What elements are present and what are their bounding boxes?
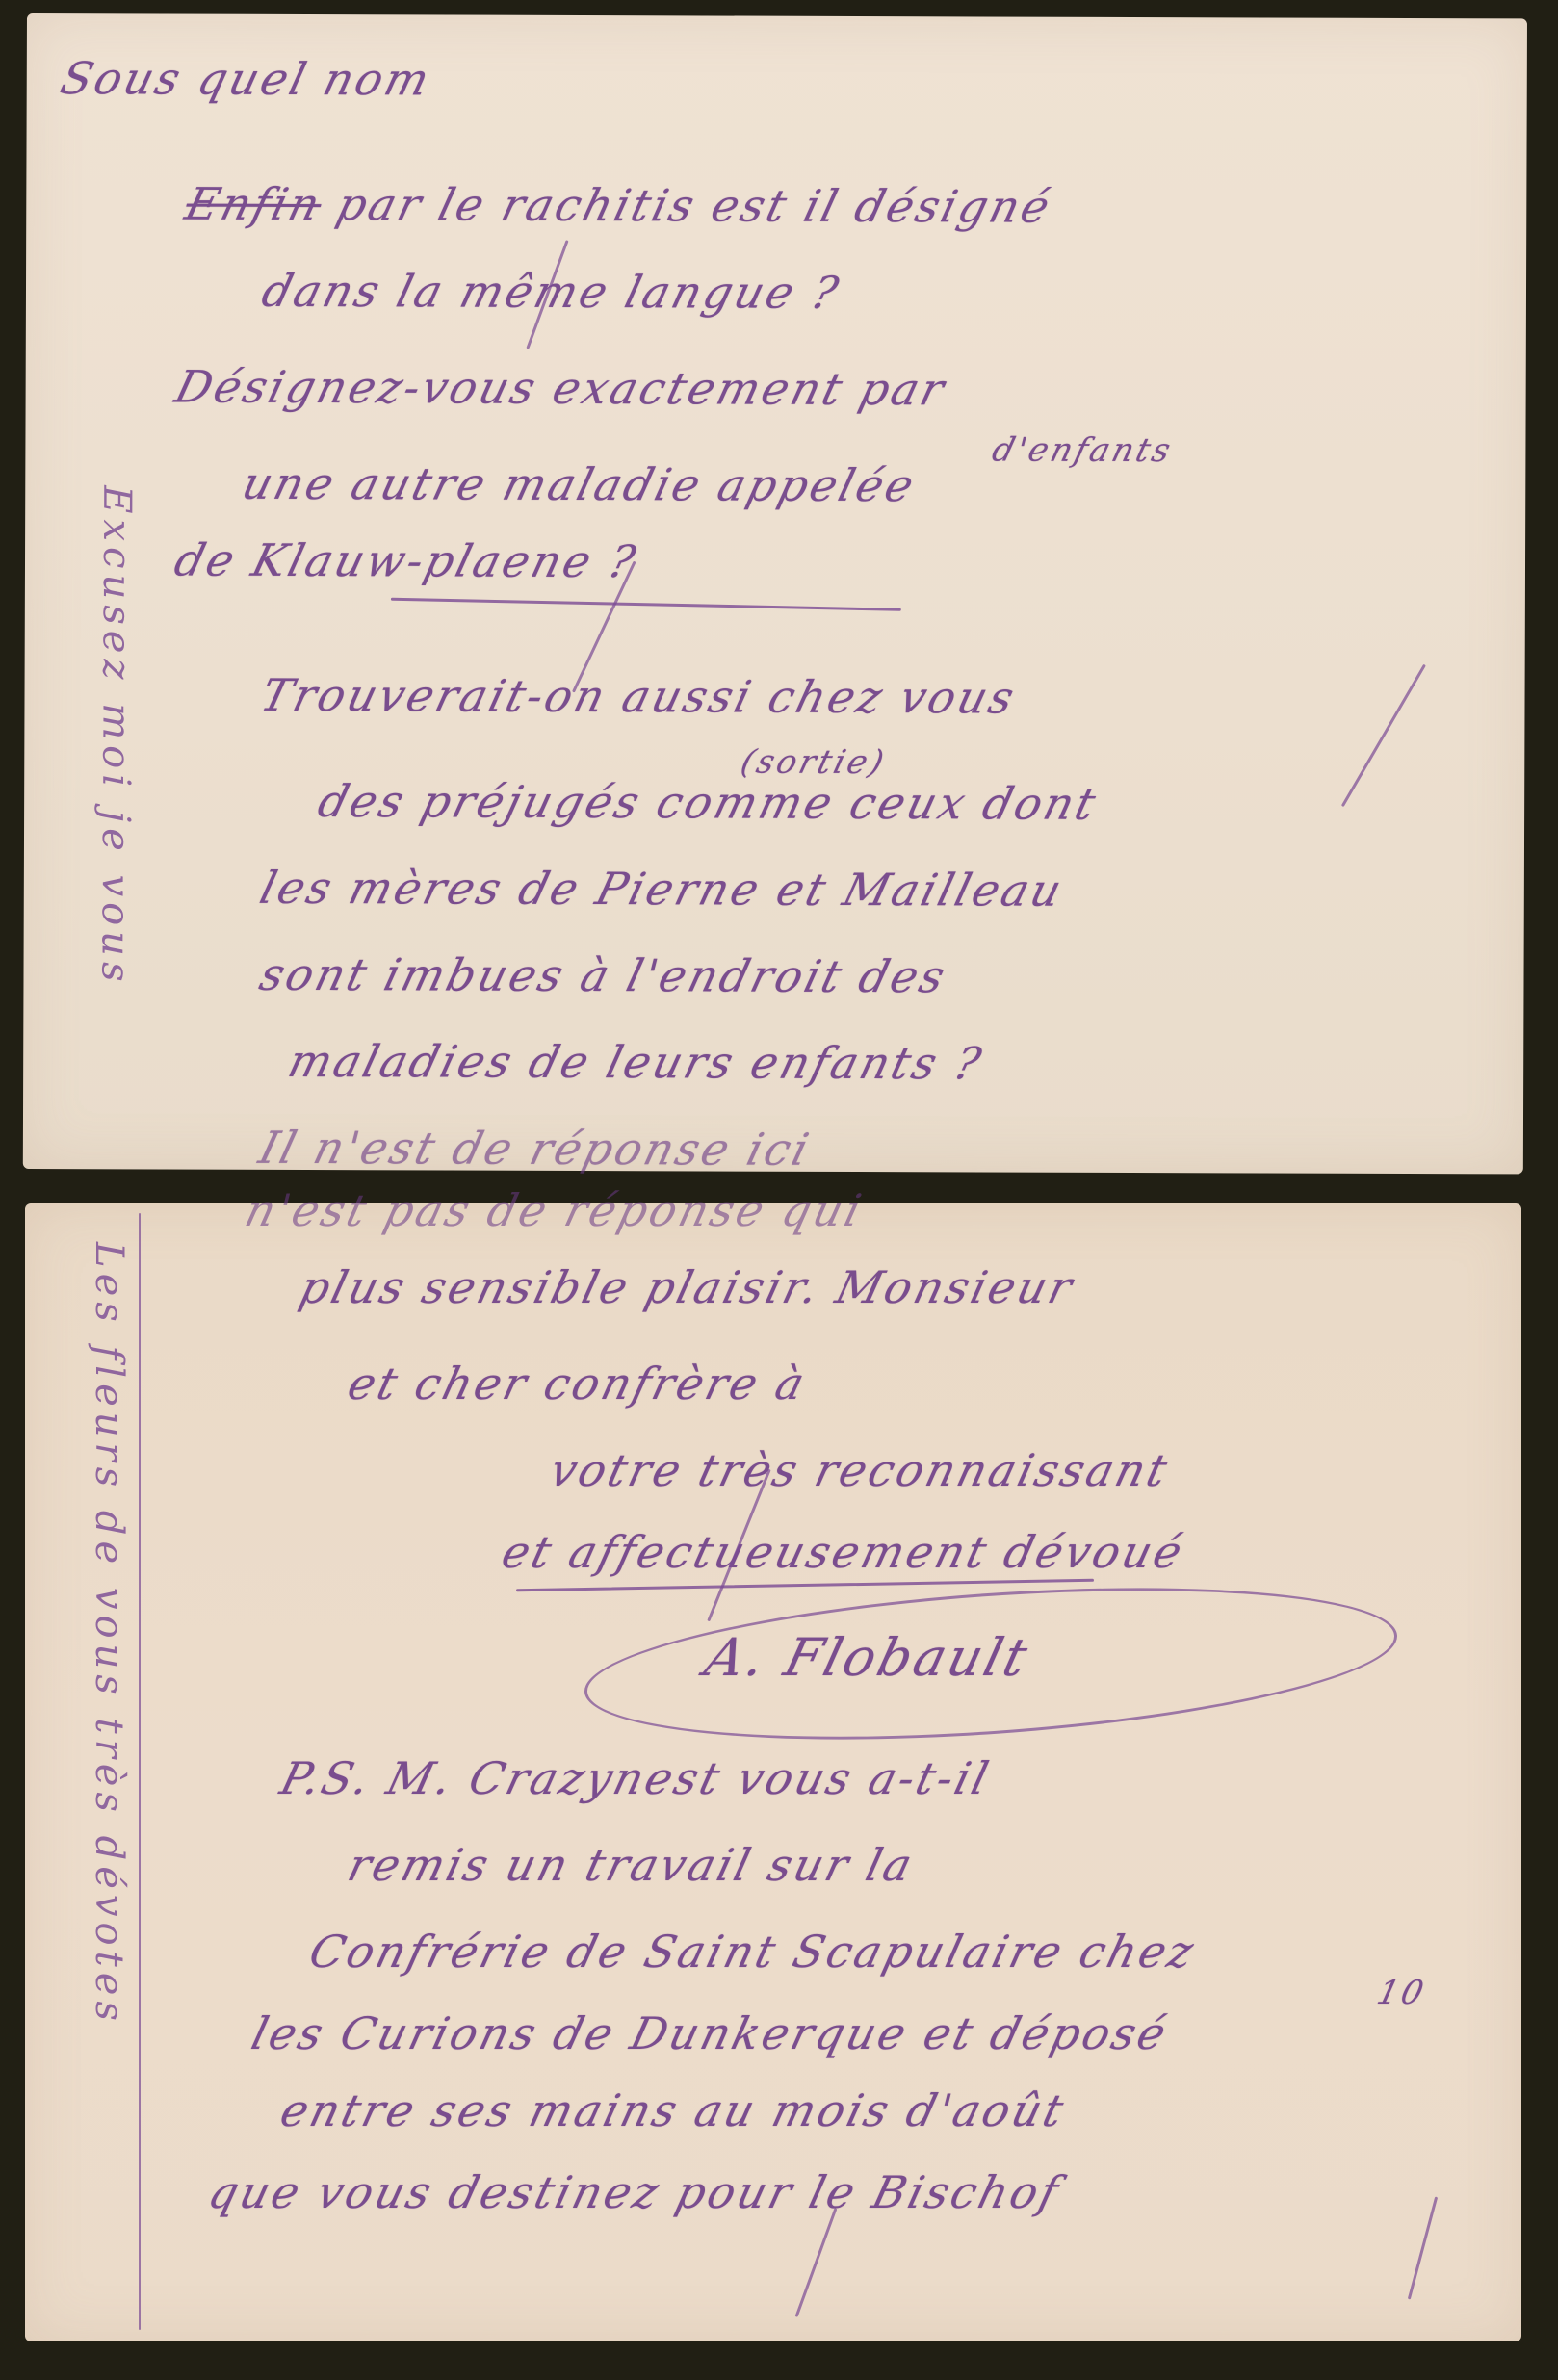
handwritten-line: que vous destinez pour le Bischof bbox=[203, 2166, 1066, 2218]
superscript-note: 10 bbox=[1373, 1974, 1430, 2012]
pen-flourish bbox=[795, 2208, 838, 2317]
handwritten-line: maladies de leurs enfants ? bbox=[283, 1035, 989, 1089]
handwritten-line: Enfin Enfin par le rachitis est il désig… bbox=[180, 178, 1057, 233]
handwritten-line: entre ses mains au mois d'août bbox=[275, 2084, 1072, 2136]
handwritten-line: et cher confrère à bbox=[343, 1358, 813, 1410]
handwritten-line: et affectueusement dévoué bbox=[497, 1526, 1190, 1578]
underline-stroke bbox=[391, 598, 901, 611]
interlinear-insertion: d'enfants bbox=[988, 431, 1177, 471]
handwritten-line: P.S. M. Crazynest vous a-t-il bbox=[275, 1752, 997, 1804]
letter-card-top: Sous quel nom Enfin Enfin par le rachiti… bbox=[23, 13, 1527, 1174]
handwritten-line: Il n'est de réponse ici bbox=[254, 1122, 817, 1176]
handwritten-line: remis un travail sur la bbox=[343, 1839, 920, 1891]
pen-flourish bbox=[1408, 2196, 1438, 2299]
handwritten-line: des préjugés comme ceux dont bbox=[313, 775, 1104, 830]
pen-flourish bbox=[1341, 664, 1426, 807]
handwritten-line: les Curions de Dunkerque et déposé bbox=[247, 2007, 1174, 2059]
signature: A. Flobault bbox=[699, 1627, 1036, 1688]
margin-note: Excusez moi je vous bbox=[92, 485, 139, 987]
handwritten-line-text: par le rachitis est il désigné bbox=[331, 178, 1057, 233]
handwritten-line: dans la même langue ? bbox=[257, 265, 846, 319]
margin-note: Les fleurs de vous très dévotes bbox=[87, 1242, 131, 2027]
handwritten-line: une autre maladie appelée bbox=[237, 457, 922, 511]
letter-card-bottom: n'est pas de réponse qui plus sensible p… bbox=[25, 1203, 1521, 2341]
bleed-through-text: n'est pas de réponse qui bbox=[240, 1184, 869, 1236]
handwritten-line: Trouverait-on aussi chez vous bbox=[255, 669, 1022, 724]
struck-text: Enfin bbox=[180, 178, 327, 230]
margin-rule bbox=[139, 1213, 141, 2330]
handwritten-line: Désignez-vous exactement par bbox=[170, 361, 952, 416]
handwritten-line: sont imbues à l'endroit des bbox=[254, 948, 952, 1002]
handwritten-line: Confrérie de Saint Scapulaire chez bbox=[304, 1926, 1202, 1978]
handwritten-line: plus sensible plaisir. Monsieur bbox=[295, 1261, 1080, 1313]
handwritten-line: Sous quel nom bbox=[56, 52, 437, 105]
handwritten-line: de Klauw-plaene ? bbox=[169, 534, 643, 588]
handwritten-line: votre très reconnaissant bbox=[545, 1444, 1175, 1496]
underline-stroke bbox=[516, 1579, 1094, 1591]
handwritten-line: les mères de Pierne et Mailleau bbox=[255, 862, 1070, 917]
